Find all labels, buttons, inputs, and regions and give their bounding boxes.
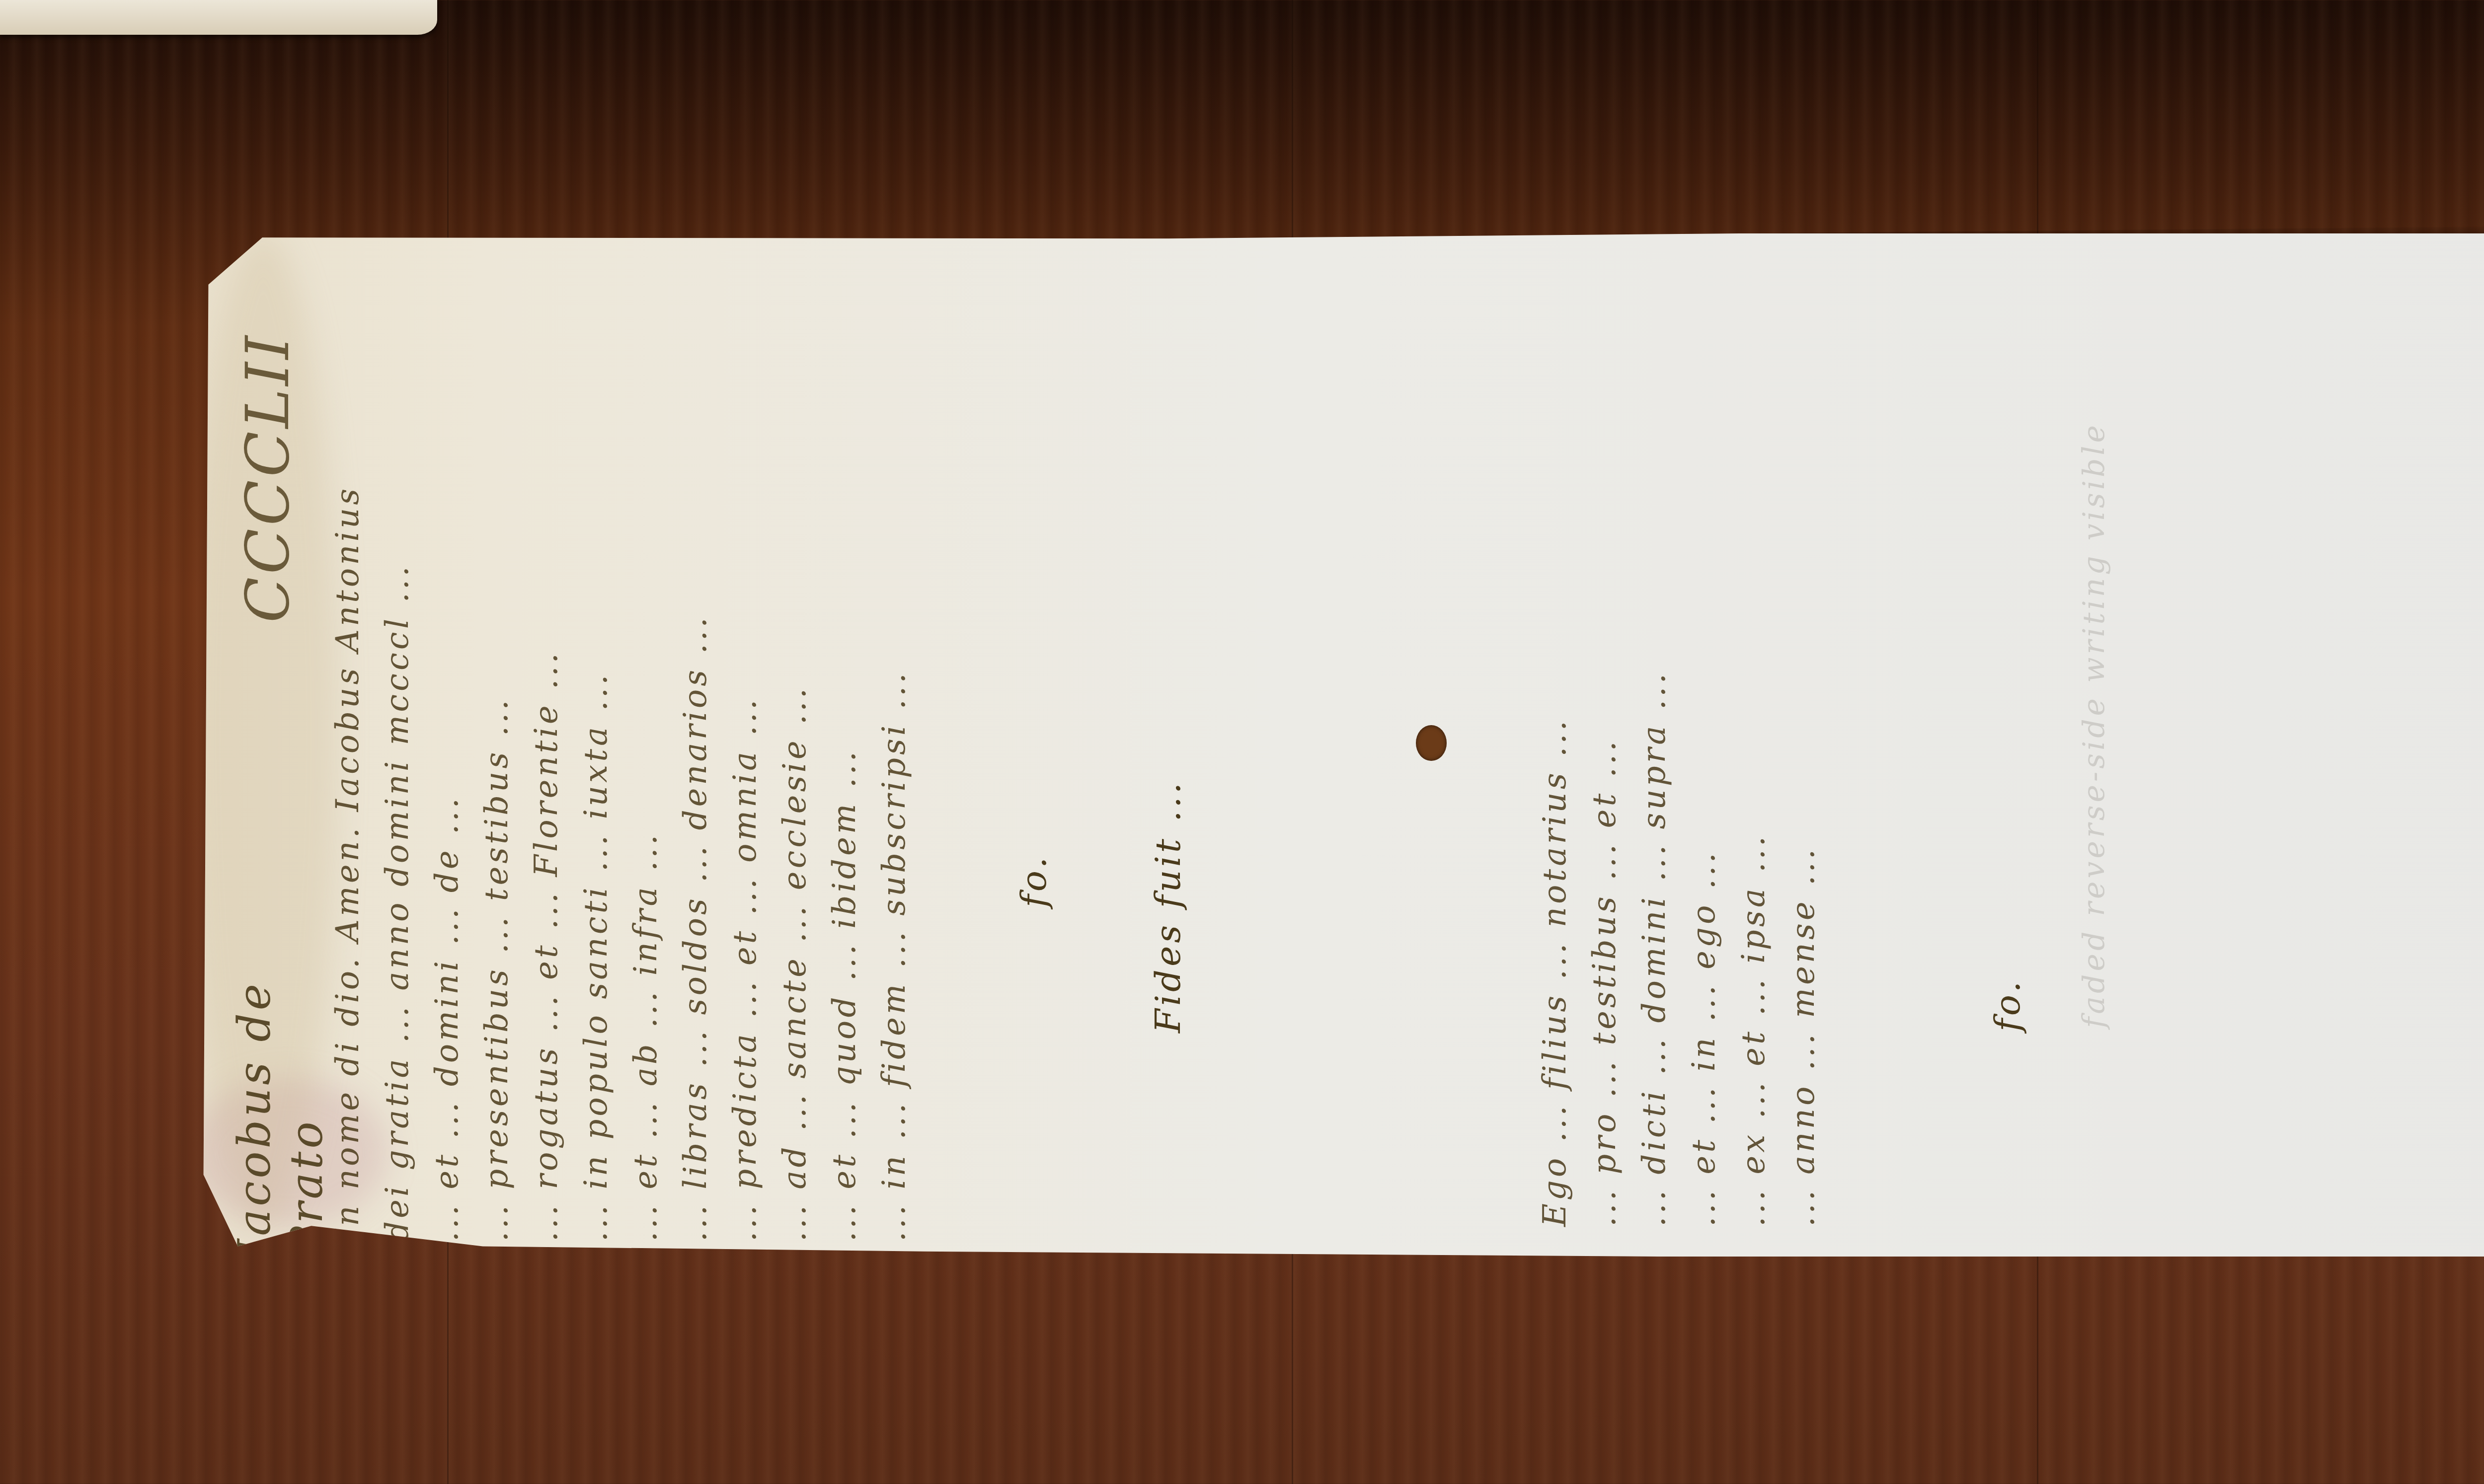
text-line: ... in populo sancti ... iuxta ...: [571, 298, 621, 1242]
text-line: ... predicta ... et ... omnia ...: [720, 298, 770, 1242]
text-line: Ego ... filius ... notarius ...: [1530, 581, 1580, 1227]
text-line: ... et ... quod ... ibidem ...: [820, 298, 869, 1242]
text-line: In nome di dio. Amen. Iacobus Antonius: [323, 298, 373, 1242]
manuscript-sheet: CCCCLII Iacobus de Prato In nome di dio.…: [189, 233, 2484, 1257]
adjacent-paper-edge: [0, 0, 437, 35]
text-line: ... in ... fidem ... subscripsi ...: [869, 298, 919, 1242]
text-line: ... libras ... soldos ... denarios ...: [671, 298, 720, 1242]
text-line: ... ex ... et ... ipsa ...: [1729, 581, 1779, 1227]
text-line: ... pro ... testibus ... et ...: [1580, 581, 1630, 1227]
text-line: ... presentibus ... testibus ...: [472, 298, 522, 1242]
text-line: ... et ... in ... ego ...: [1679, 581, 1729, 1227]
paper-hole: [1416, 725, 1447, 761]
text-line: dei gratia ... anno domini mccccl ...: [373, 298, 422, 1242]
text-line: ... ad ... sancte ... ecclesie ...: [770, 298, 820, 1242]
folio-number: CCCCLII: [233, 333, 303, 623]
text-line: ... et ... domini ... de ...: [422, 298, 472, 1242]
manuscript-heading: Iacobus de Prato: [229, 829, 333, 1257]
bleed-through-text: faded reverse-side writing visible: [2067, 333, 2121, 1028]
first-column-signature: fo.: [1013, 854, 1054, 907]
text-line: ... et ... ab ... infra ...: [621, 298, 671, 1242]
text-line: ... rogatus ... et ... Florentie ...: [522, 298, 571, 1242]
middle-note: Fides fuit ...: [1148, 780, 1188, 1033]
second-text-column: Ego ... filius ... notarius ... ... pro …: [1530, 581, 1828, 1227]
first-text-column: In nome di dio. Amen. Iacobus Antonius d…: [323, 298, 919, 1242]
text-line: ... anno ... mense ...: [1779, 581, 1828, 1227]
second-column-signature: fo.: [1987, 978, 2028, 1032]
text-line: ... dicti ... domini ... supra ...: [1630, 581, 1679, 1227]
